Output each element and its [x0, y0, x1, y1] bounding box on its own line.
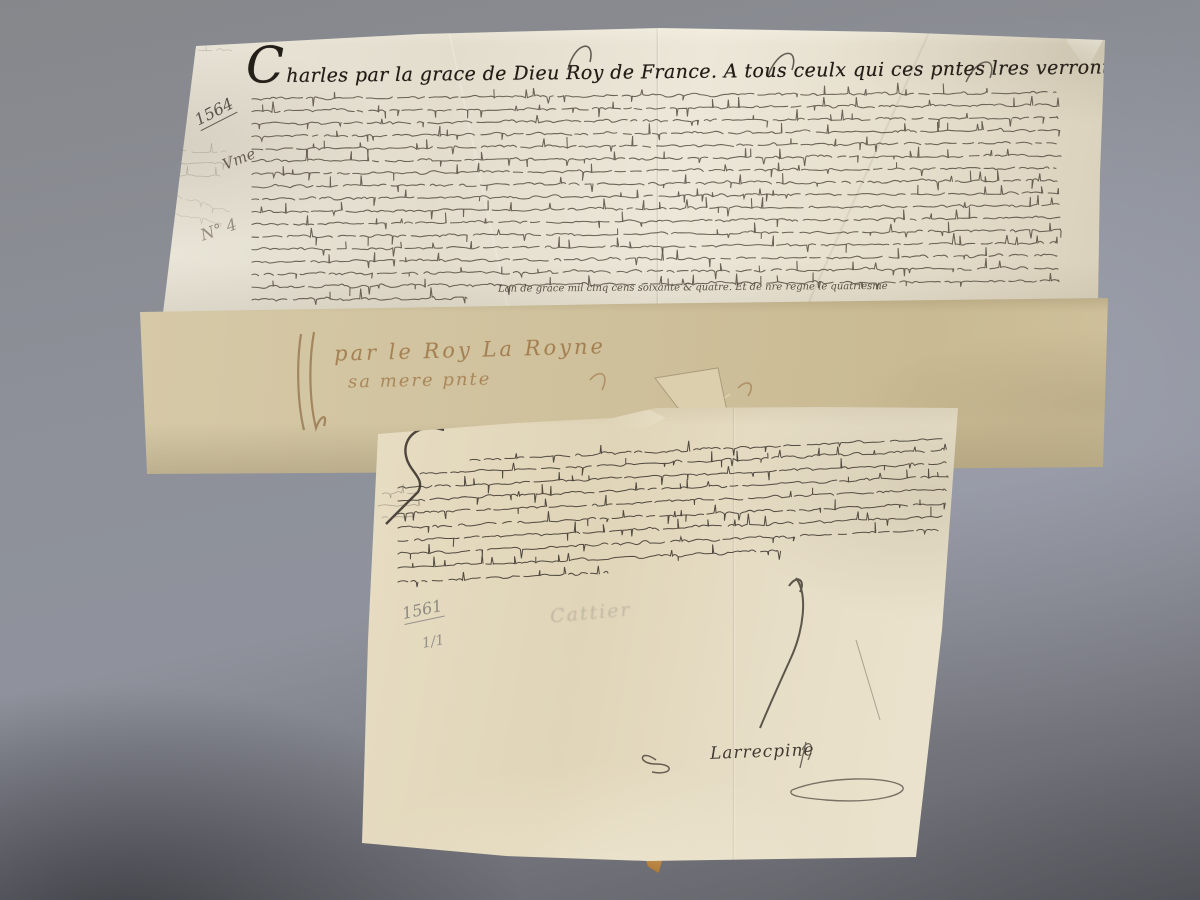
countersignature-line2: sa mere pnte [348, 369, 492, 393]
script-line [252, 147, 1061, 167]
script-line [178, 166, 220, 176]
paraph-mark [590, 374, 751, 396]
script-line [252, 121, 1060, 142]
notary-signature: Larrecpine [710, 740, 815, 764]
large-paraph-flourish [760, 578, 803, 728]
script-line [382, 517, 412, 519]
countersignature-line1: par le Roy La Royne [334, 334, 606, 366]
script-line [252, 83, 1056, 107]
script-line [398, 499, 945, 532]
script-line [252, 170, 1057, 192]
script-line [252, 162, 1056, 181]
pencil-year-note: 1561 [400, 596, 444, 625]
opening-initial-flourish [386, 428, 444, 524]
script-line [420, 444, 946, 479]
script-line [176, 143, 226, 153]
charter-1564-dating-clause: Lan de grace mil cinq cens soixante & qu… [498, 280, 978, 294]
script-line [252, 136, 1060, 156]
photo-stage: Charles par la grace de Dieu Roy de Fran… [0, 0, 1200, 900]
script-line [252, 258, 1058, 279]
script-line [252, 287, 467, 304]
script-line [252, 109, 1058, 129]
script-line [252, 233, 1057, 256]
script-line [252, 185, 1059, 206]
margin-cote-note: Vme [220, 144, 258, 173]
signature-lead-flourish [642, 756, 669, 773]
pencil-fraction-note: 1/1 [421, 632, 446, 652]
script-line [252, 195, 1059, 219]
pencil-word-note: Cattier [549, 598, 632, 627]
margin-year-note: 1564 [191, 94, 237, 131]
script-line [378, 500, 420, 506]
script-line [172, 195, 230, 213]
script-line [382, 484, 416, 498]
vertical-fold-crease [732, 398, 736, 868]
signature-underline-oval [791, 779, 903, 801]
script-line [252, 247, 1057, 268]
countersign-flourish [298, 332, 325, 430]
script-line [398, 458, 946, 493]
charter-1564-sheet: Charles par la grace de Dieu Roy de Fran… [160, 24, 1110, 320]
script-line [398, 545, 781, 569]
script-line [252, 96, 1059, 118]
margin-numero-note: N° 4 [198, 214, 239, 244]
script-line [252, 222, 1061, 246]
script-line [252, 207, 1060, 229]
script-line [398, 507, 942, 547]
script-line [470, 439, 942, 463]
script-line [398, 488, 946, 522]
script-line [398, 469, 948, 505]
script-line [398, 566, 608, 587]
charter-1561-sheet: 1561 1/1 Cattier Larrecpine [356, 398, 968, 868]
script-line [398, 522, 938, 559]
charter-1561-handwriting-svg [356, 398, 968, 868]
stray-ink-stroke [856, 640, 880, 720]
script-line [198, 46, 234, 51]
charter-1564-heading: Charles par la grace de Dieu Roy de Fran… [246, 46, 1102, 88]
